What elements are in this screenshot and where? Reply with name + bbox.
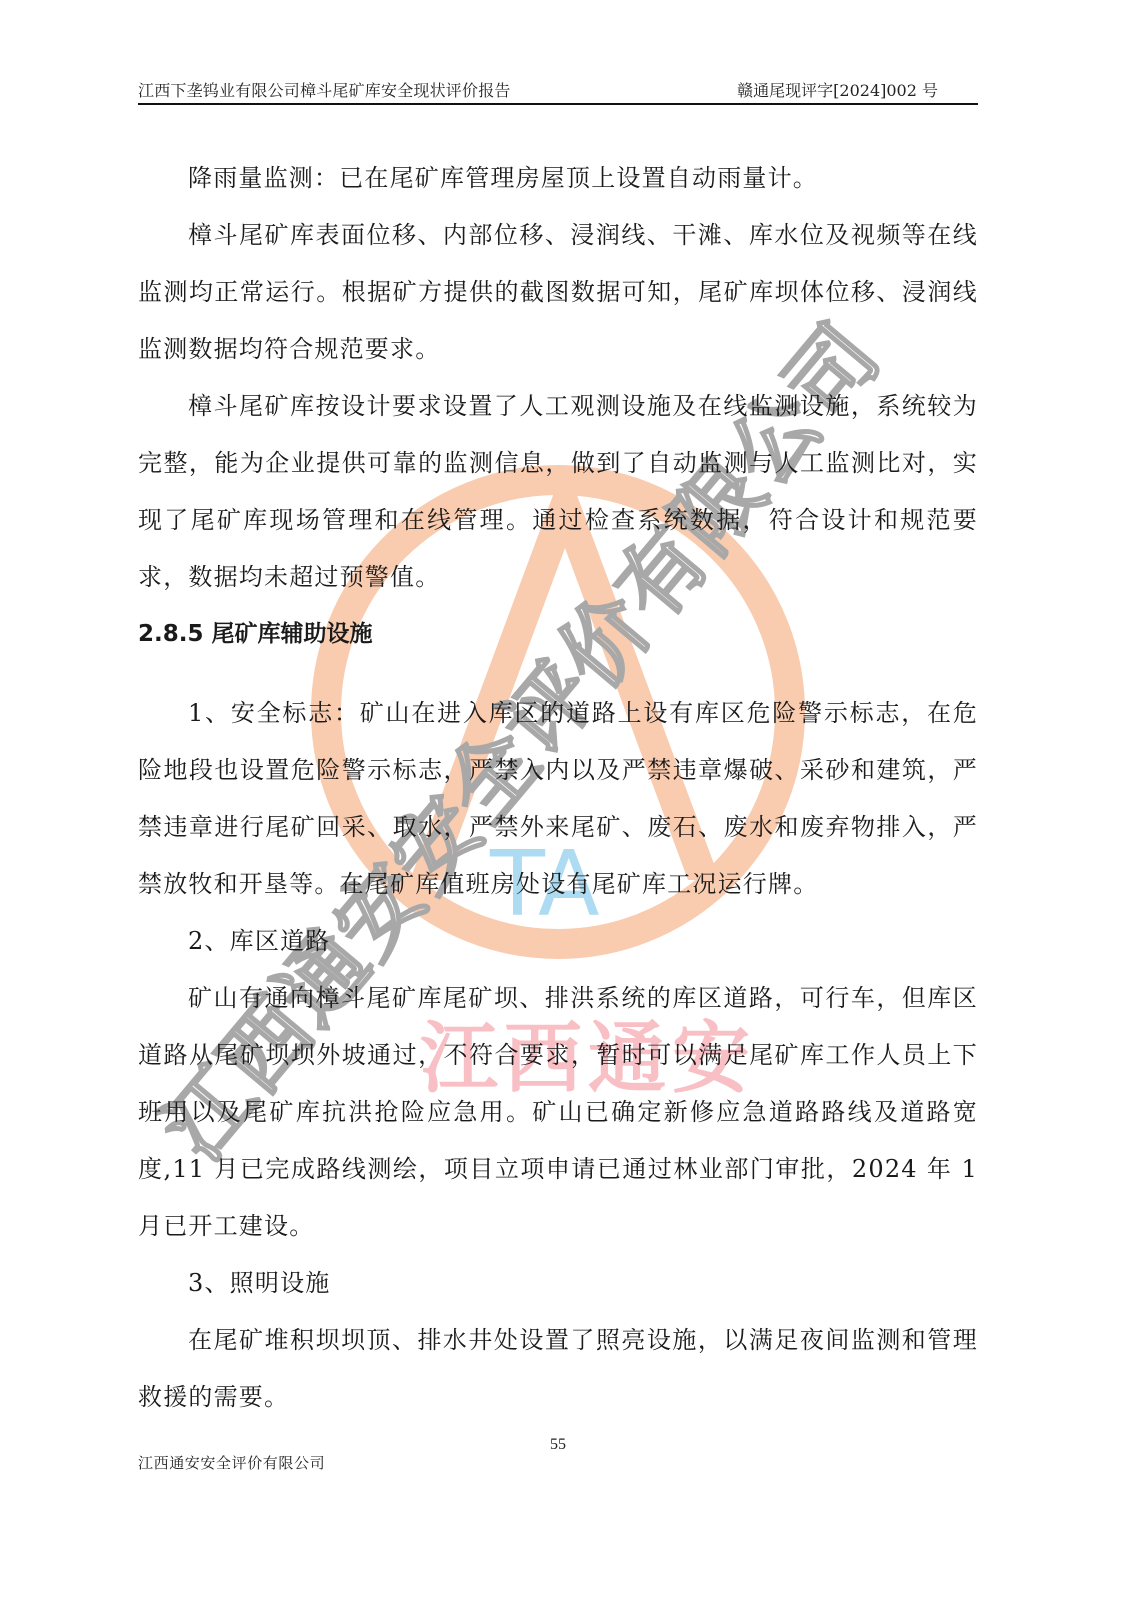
document-body: 降雨量监测：已在尾矿库管理房屋顶上设置自动雨量计。 樟斗尾矿库表面位移、内部位移… — [138, 150, 978, 1426]
footer-company: 江西通安安全评价有限公司 — [138, 1452, 325, 1473]
page-number: 55 — [550, 1436, 566, 1454]
header-divider — [138, 103, 978, 105]
paragraph-online-monitoring: 樟斗尾矿库表面位移、内部位移、浸润线、干滩、库水位及视频等在线监测均正常运行。根… — [138, 207, 978, 378]
item-safety-signs: 1、安全标志：矿山在进入库区的道路上设有库区危险警示标志，在危险地段也设置危险警… — [138, 685, 978, 913]
item-road-title: 2、库区道路 — [138, 913, 978, 970]
document-page: 江西下垄钨业有限公司樟斗尾矿库安全现状评价报告 赣通尾现评字[2024]002 … — [0, 0, 1131, 1600]
page-header: 江西下垄钨业有限公司樟斗尾矿库安全现状评价报告 赣通尾现评字[2024]002 … — [138, 78, 978, 104]
paragraph-monitoring-facilities: 樟斗尾矿库按设计要求设置了人工观测设施及在线监测设施，系统较为完整，能为企业提供… — [138, 378, 978, 606]
item-lighting-title: 3、照明设施 — [138, 1255, 978, 1312]
section-heading: 2.8.5 尾矿库辅助设施 — [138, 606, 978, 663]
paragraph-rainfall: 降雨量监测：已在尾矿库管理房屋顶上设置自动雨量计。 — [138, 150, 978, 207]
item-lighting-text: 在尾矿堆积坝坝顶、排水井处设置了照亮设施，以满足夜间监测和管理救援的需要。 — [138, 1312, 978, 1426]
item-road-text: 矿山有通向樟斗尾矿库尾矿坝、排洪系统的库区道路，可行车，但库区道路从尾矿坝坝外坡… — [138, 970, 978, 1255]
report-title: 江西下垄钨业有限公司樟斗尾矿库安全现状评价报告 — [138, 78, 511, 101]
report-number: 赣通尾现评字[2024]002 号 — [737, 78, 938, 101]
